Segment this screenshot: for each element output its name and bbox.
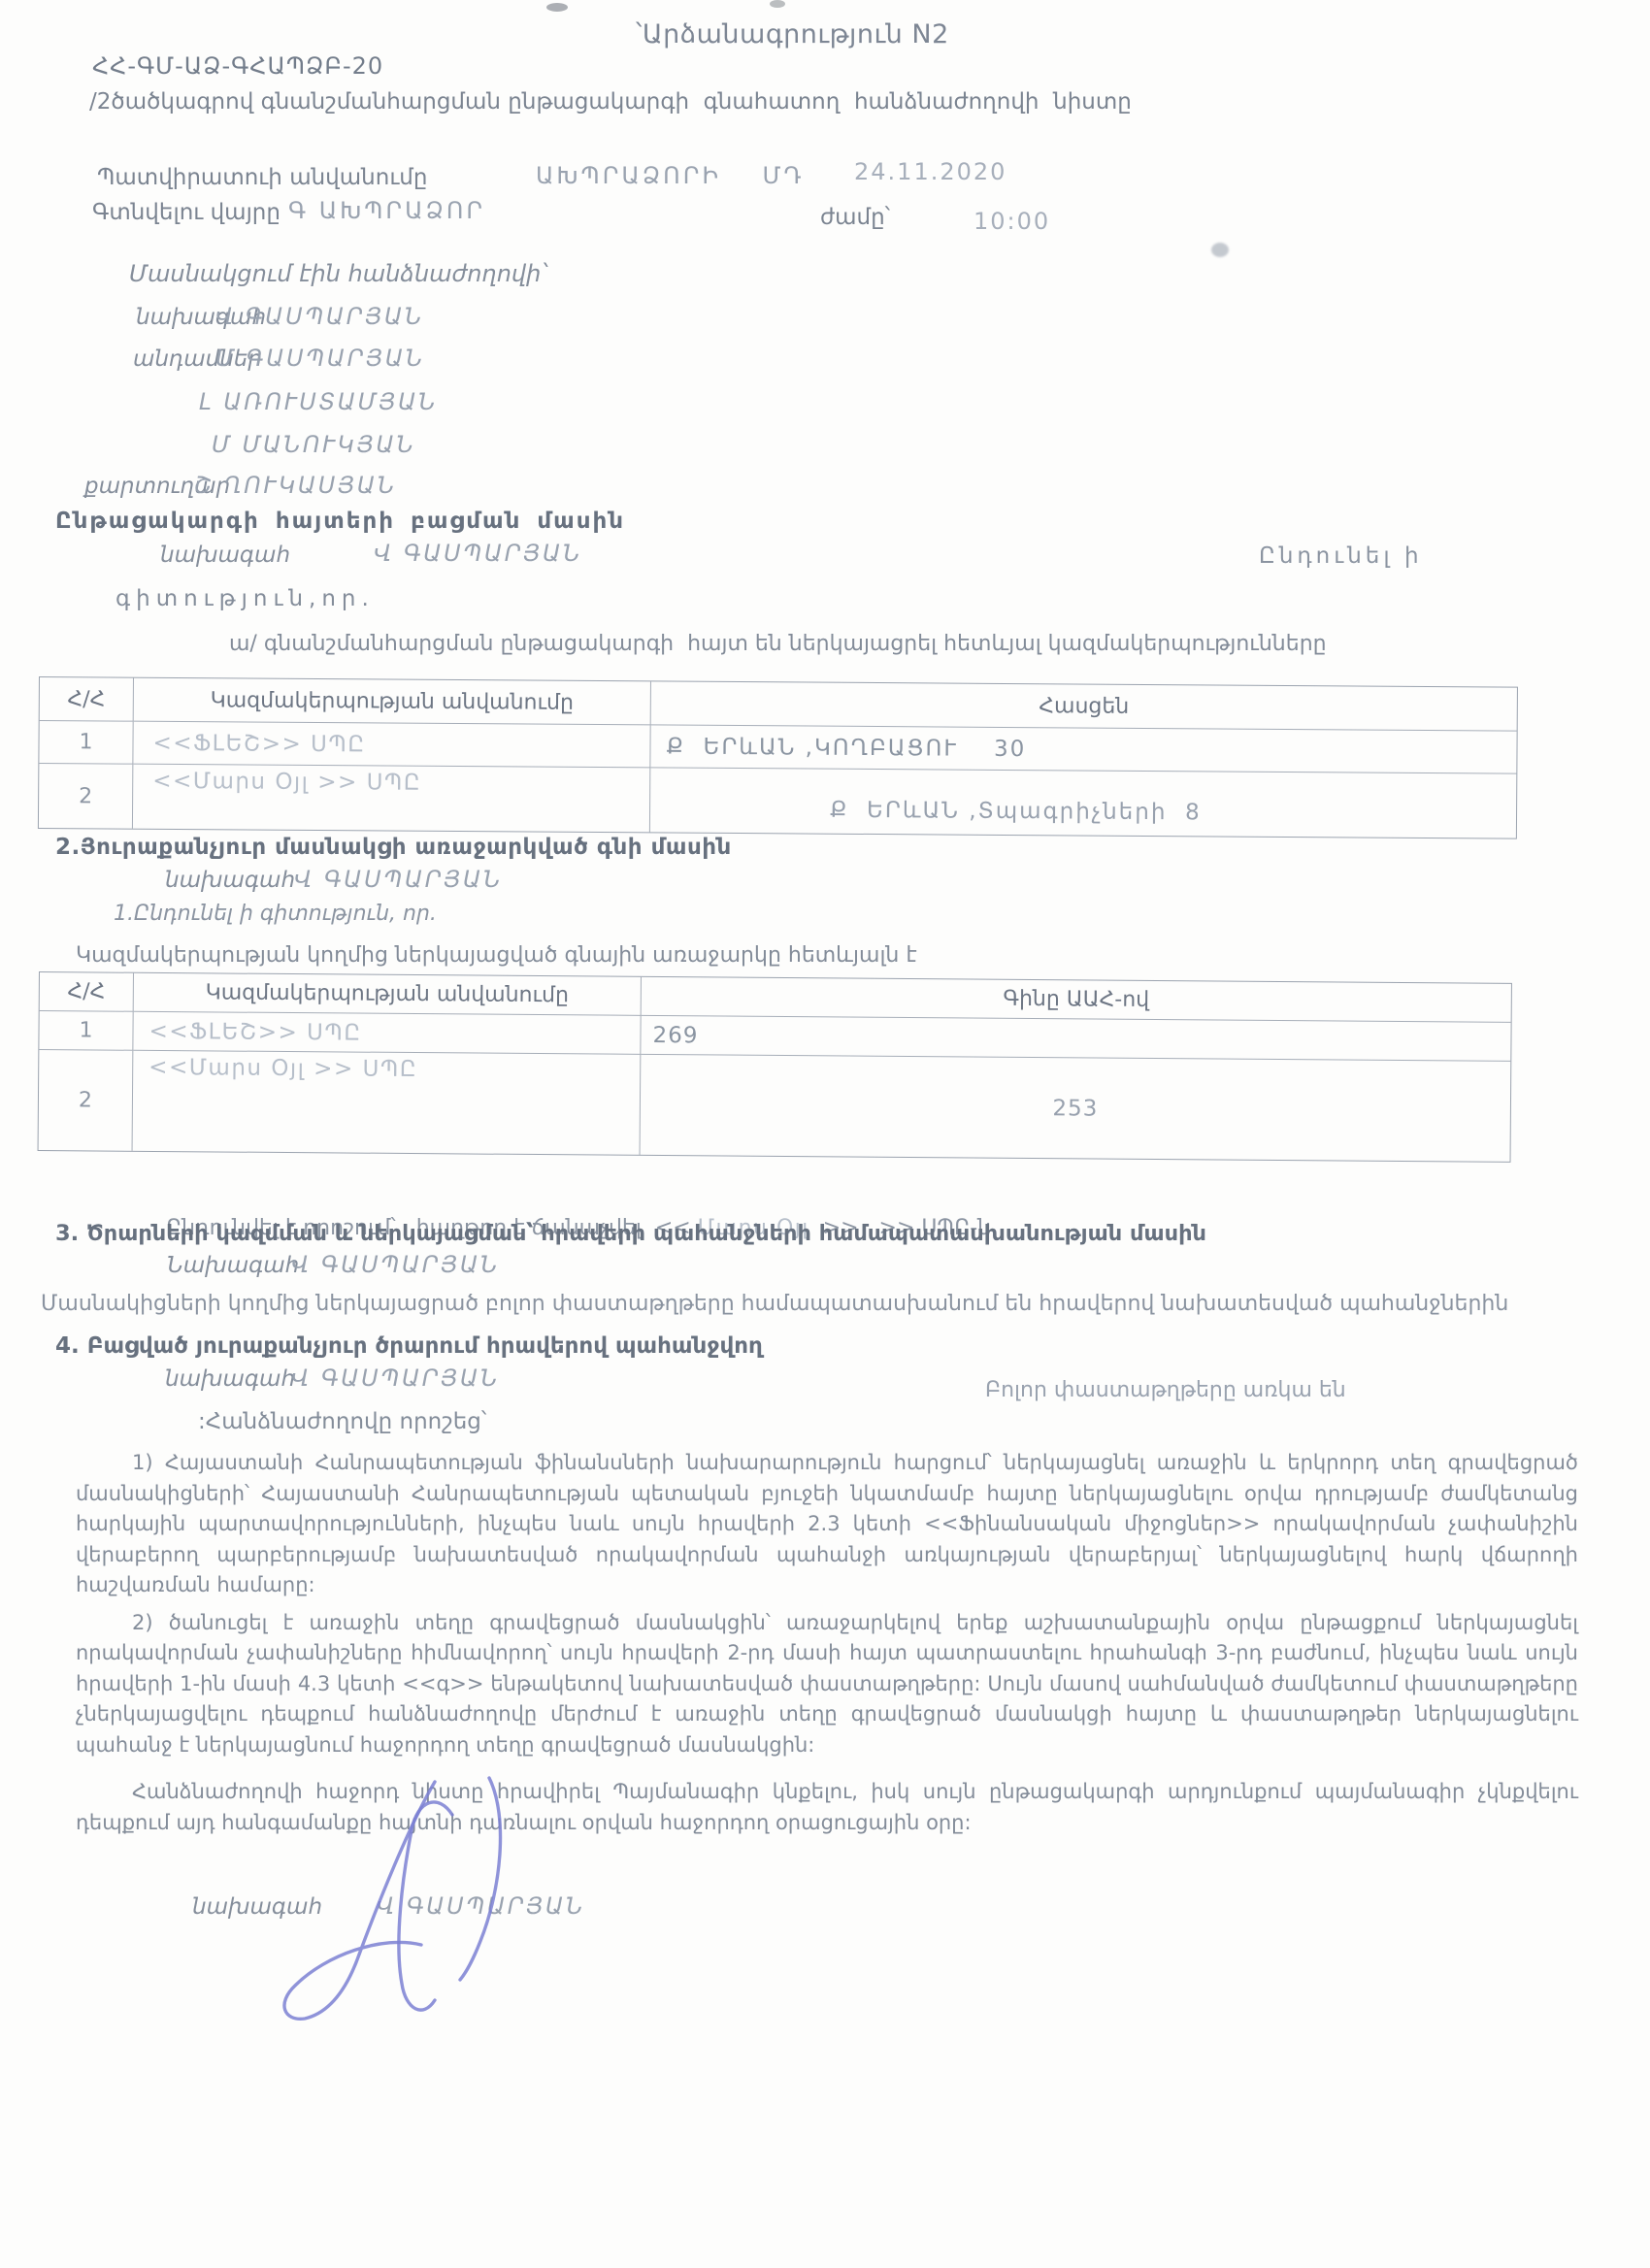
section2-chairman-name: Վ ԳԱՍՊԱՐՅԱՆ xyxy=(294,866,503,893)
time-label: ժամը՝ xyxy=(820,205,890,230)
bidders-row2-no: 2 xyxy=(39,764,133,829)
paragraph-1: 1) Հայաստանի Հանրապետության ֆինանսների ն… xyxy=(76,1448,1578,1601)
section4-chairman-name: Վ ԳԱՍՊԱՐՅԱՆ xyxy=(291,1364,500,1392)
section2-title: 2.Յուրաքանչյուր մասնակցի առաջարկված գնի … xyxy=(55,835,732,860)
section4-title: 4. Բացված յուրաքանչյուր ծրարում հրավերով… xyxy=(55,1333,763,1359)
scanned-protocol-page: ՝Արձանագրություն N2 ՀՀ-ԳՄ-ԱՁ-ԳՀԱՊՁԲ-20 /… xyxy=(0,0,1650,2268)
section1-accept-note: Ընդունել ի xyxy=(1259,543,1423,569)
time-value: 10:00 xyxy=(973,208,1050,235)
section1-chairman-label: նախագահ xyxy=(160,542,290,568)
section1-chairman-name: Վ ԳԱՍՊԱՐՅԱՆ xyxy=(374,540,582,567)
member-name-1: Մ ԳԱՍՊԱՐՅԱՆ xyxy=(215,345,425,372)
section2-chairman-label: նախագահ xyxy=(165,868,295,893)
doc-code: ՀՀ-ԳՄ-ԱՁ-ԳՀԱՊՁԲ-20 xyxy=(92,52,383,80)
bidders-row1-addr: Ք ԵՐևԱՆ ,ԿՈՂԲԱՑՈՒ 30 xyxy=(650,725,1516,773)
section1-knowledge-note: գիտություն,որ. xyxy=(115,586,375,611)
prices-col-org: Կազմակերպության անվանումը xyxy=(134,973,642,1016)
section4-chairman-label: նախագահ xyxy=(165,1366,295,1392)
secretary-name: Շ ՂՈՒԿԱՍՅԱՆ xyxy=(194,472,397,499)
section3-chairman-label: Նախագահ xyxy=(167,1253,299,1278)
section4-decided: :Հանձնաժողովը որոշեց՝ xyxy=(198,1409,486,1434)
paragraph-2: 2) ծանուցել է առաջին տեղը գրավեցրած մասն… xyxy=(76,1608,1578,1761)
bidders-row2-org: <<Մարս Օյլ >> ՍՊԸ xyxy=(133,765,650,833)
client-name-label: Պատվիրատուի անվանումը xyxy=(97,165,427,190)
bidders-row2-addr: Ք ԵՐևԱՆ ,Տպագրիչների 8 xyxy=(650,768,1516,838)
chairman-name: Վ ԳԱՍՊԱՐՅԱՆ xyxy=(215,303,424,330)
participants-heading: Մասնակցում էին հանձնաժողովի՝ xyxy=(129,260,546,287)
scan-artifact xyxy=(546,3,568,12)
bidders-row1-no: 1 xyxy=(39,721,133,765)
section2-note: 1.Ընդունել ի գիտություն, որ. xyxy=(114,902,437,926)
prices-row2-price: 253 xyxy=(641,1055,1511,1162)
member-name-3: Մ ՄԱՆՈՒԿՅԱՆ xyxy=(212,431,415,458)
prices-table: Հ/Հ Կազմակերպության անվանումը Գինը ԱԱՀ-ո… xyxy=(38,971,1512,1163)
location-value: Գ ԱԽՊՐԱՁՈՐ xyxy=(288,197,485,224)
prices-row1-no: 1 xyxy=(39,1011,133,1051)
section3-body: Մասնակիցների կողմից ներկայացրած բոլոր փա… xyxy=(41,1292,1508,1316)
scan-artifact xyxy=(770,0,785,8)
section1-intro: ա/ գնանշմանհարցման ընթացակարգի հայտ են ն… xyxy=(229,632,1327,656)
bidders-col-addr: Հասցեն xyxy=(651,681,1517,731)
member-name-2: Լ ԱՌՈՒՍՏԱՄՅԱՆ xyxy=(199,388,438,415)
prices-row1-org: <<ՖԼԵՇ>> ՍՊԸ xyxy=(133,1012,641,1055)
doc-title: ՝Արձանագրություն N2 xyxy=(636,19,949,49)
section2-intro: Կազմակերպության կողմից ներկայացված գնայի… xyxy=(76,943,917,968)
section1-title: Ընթացակարգի հայտերի բացման մասին xyxy=(55,509,625,534)
handwritten-signature xyxy=(245,1774,536,2026)
location-label: Գտնվելու վայրը xyxy=(92,200,280,225)
prices-col-no: Հ/Հ xyxy=(40,972,134,1012)
prices-row1-price: 269 xyxy=(641,1016,1510,1062)
protocol-date: 24.11.2020 xyxy=(854,158,1006,185)
prices-row2-no: 2 xyxy=(39,1050,134,1151)
bidders-col-org: Կազմակերպության անվանումը xyxy=(134,678,651,726)
prices-col-price: Գինը ԱԱՀ-ով xyxy=(642,977,1511,1023)
doc-subtitle: /2ծածկագրով գնանշմանհարցման ընթացակարգի … xyxy=(89,89,1132,115)
section3-title: 3. Ծրարների կազմման և ներկայացման՝ հրավե… xyxy=(55,1221,1206,1246)
client-name-value: ԱԽՊՐԱՁՈՐԻ ՄԴ xyxy=(536,162,805,189)
bidders-row1-org: <<ՖԼԵՇ>> ՍՊԸ xyxy=(133,722,650,769)
prices-row2-org: <<Մարս Օյլ >> ՍՊԸ xyxy=(133,1051,642,1155)
scan-artifact xyxy=(1211,243,1229,257)
bidders-table: Հ/Հ Կազմակերպության անվանումը Հասցեն 1 <… xyxy=(38,676,1518,839)
section4-right-note: Բոլոր փաստաթղթերը առկա են xyxy=(985,1378,1346,1402)
section3-chairman-name: Վ ԳԱՍՊԱՐՅԱՆ xyxy=(291,1251,500,1278)
bidders-col-no: Հ/Հ xyxy=(40,677,134,722)
